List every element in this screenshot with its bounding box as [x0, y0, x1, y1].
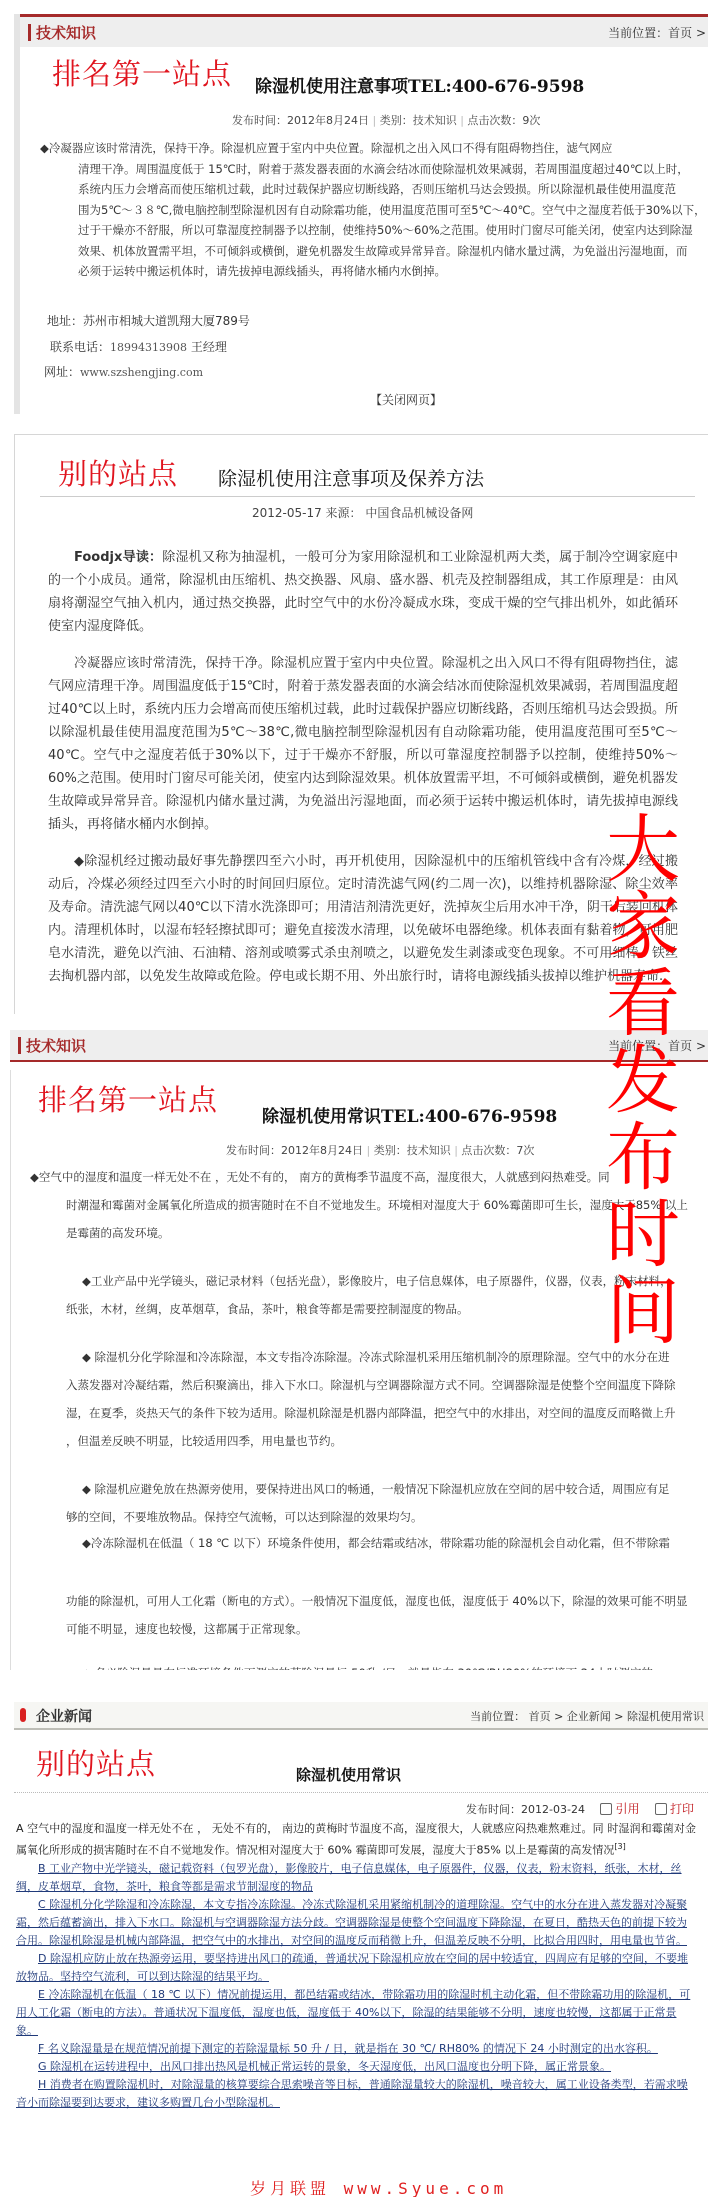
cite-icon — [600, 1803, 612, 1815]
section-header: 技术知识 当前位置：首页 > — [20, 17, 708, 47]
body-line: 是霉菌的高发环境。 — [30, 1222, 170, 1244]
paragraph-link[interactable]: D 除湿机应防止放在热源旁运用，要坚持进出风口的疏通，普通状况下除湿机应放在空间… — [16, 1950, 696, 1986]
address: 苏州市相城大道凯翔大厦789号 — [83, 314, 250, 328]
body-line: 过于干燥亦不舒服，所以可靠湿度控制器予以控制，使维持50%～60%之范围。使用时… — [40, 220, 708, 241]
annotation-char: 布 — [598, 1120, 688, 1197]
title-divider — [14, 1792, 708, 1793]
article-meta: 2012-05-17 来源： 中国食品机械设备网 — [252, 504, 473, 521]
phone-row: 联系电话：18994313908 王经理 — [50, 338, 227, 355]
article-panel-1: 技术知识 当前位置：首页 > 排名第一站点 除湿机使用注意事项TEL:400-6… — [0, 0, 708, 415]
annotation-char: 间 — [598, 1274, 688, 1351]
publish-date: 发布时间：2012年8月24日 — [232, 114, 369, 127]
body-line: 清理干净。周围温度低于 15℃时，附着于蒸发器表面的水滴会结冰而使除湿机效果减弱… — [40, 159, 708, 180]
section-marker-icon — [20, 1708, 26, 1722]
section-title: 技术知识 — [26, 1035, 86, 1056]
paragraph-link[interactable]: B 工业产物中光学镜头，磁记载资料（包罗光盘），影像胶片，电子信息媒体，电子原器… — [16, 1860, 696, 1896]
print-button[interactable]: 打印 — [655, 1802, 694, 1816]
title-divider — [40, 496, 695, 497]
body-line: 围为5℃～３８℃,微电脑控制型除湿机因有自动除霜功能，使用温度范围可至5℃～40… — [40, 200, 708, 221]
print-icon — [655, 1803, 667, 1815]
article-title: 除湿机使用注意事项及保养方法 — [218, 464, 484, 491]
article-panel-4: 企业新闻 当前位置： 首页 > 企业新闻 > 除湿机使用常识 别的站点 除湿机使… — [0, 1690, 708, 2197]
paragraph-link[interactable]: H 消费者在购置除湿机时，对除湿量的核算要综合思索噪音等目标，普通除湿量较大的除… — [16, 2076, 696, 2112]
body-line: 效果、机体放置需平坦，不可倾斜或横倒，避免机器发生故障或异常异音。除湿机内储水量… — [40, 241, 708, 262]
body-line: 够的空间，不要堆放物品。保持空气流畅，可以达到除湿的效果均匀。 — [30, 1506, 423, 1528]
intro-lead: Foodjx导读： — [74, 550, 162, 565]
cite-button[interactable]: 引用 — [600, 1802, 639, 1816]
body-line: ◆ 除湿机分化学除湿和冷冻除湿，本文专指冷冻除湿。冷冻式除湿机采用压缩机制冷的原… — [30, 1346, 670, 1368]
body-line: 必须于运转中搬运机体时，请先拔掉电源线插头，再将储水桶内水倒掉。 — [40, 261, 708, 282]
article-body: A 空气中的湿度和温度一样无处不在 ， 无处不有的， 南边的黄梅时节温度不高，湿… — [16, 1820, 696, 2112]
paragraph-a: A 空气中的湿度和温度一样无处不在 ， 无处不有的， 南边的黄梅时节温度不高，湿… — [16, 1820, 696, 1860]
stamp-label: 别的站点 — [36, 1742, 156, 1783]
reference-link[interactable]: [3] — [614, 1842, 625, 1851]
publish-date: 发布时间：2012年8月24日 — [226, 1144, 363, 1157]
article-title: 除湿机使用常识 — [296, 1764, 401, 1785]
section-marker-icon — [28, 24, 31, 41]
website-link[interactable]: www.szshengjing.com — [80, 366, 203, 379]
article-title: 除湿机使用注意事项TEL:400-676-9598 — [255, 72, 584, 97]
annotation-char: 大 — [598, 812, 688, 889]
intro-paragraph: Foodjx导读：除湿机又称为抽湿机，一般可分为家用除湿机和工业除湿机两大类，属… — [48, 546, 678, 638]
body-line: ◆ 除湿机应避免放在热源旁使用，要保持进出风口的畅通，一般情况下除湿机应放在空间… — [30, 1478, 670, 1500]
article-meta: 发布时间：2012年8月24日 | 类别：技术知识 | 点击次数：9次 — [232, 112, 540, 128]
paragraph-link[interactable]: G 除湿机在运转进程中，出风口排出热风是机械正常运转的景象，冬天湿度低，出风口温… — [16, 2058, 696, 2076]
body-line: 入蒸发器对冷凝结霜，然后积聚滴出，排入下水口。除湿机与空调器除湿方式不同。空调器… — [30, 1374, 676, 1396]
stamp-label: 别的站点 — [58, 452, 178, 493]
category[interactable]: 类别：技术知识 — [380, 114, 457, 127]
section-title: 技术知识 — [36, 22, 96, 43]
category[interactable]: 类别：技术知识 — [374, 1144, 451, 1157]
annotation-char: 发 — [598, 1043, 688, 1120]
body-paragraph: ◆除湿机经过搬动最好事先静摆四至六小时，再开机使用，因除湿机中的压缩机管线中含有… — [48, 850, 678, 988]
annotation-char: 看 — [598, 966, 688, 1043]
body-line: 功能的除湿机，可用人工化霜（断电的方式）。一般情况下温度低，湿度也低，湿度低于 … — [30, 1590, 687, 1612]
annotation-char: 时 — [598, 1197, 688, 1274]
breadcrumb[interactable]: 当前位置：首页 > — [608, 24, 706, 41]
body-paragraph: 冷凝器应该时常清洗，保持干净。除湿机应置于室内中央位置。除湿机之出入风口不得有阻… — [48, 652, 678, 836]
section-title: 企业新闻 — [36, 1706, 92, 1726]
vertical-annotation: 大 家 看 发 布 时 间 — [598, 812, 688, 1351]
body-line: ◆冷凝器应该时常清洗，保持干净。除湿机应置于室内中央位置。除湿机之出入风口不得有… — [40, 138, 708, 159]
body-line: 时潮湿和霉菌对金属氧化所造成的损害随时在不自不觉地发生。环境相对湿度大于 60%… — [30, 1194, 688, 1216]
click-count: 点击次数：9次 — [467, 114, 540, 127]
paragraph-link[interactable]: C 除湿机分化学除湿和冷冻除湿，本文专指冷冻除湿。冷冻式除湿机采用紧缩机制冷的道… — [16, 1896, 696, 1950]
left-border — [10, 1070, 11, 1670]
body-line: 系统内压力会增高而使压缩机过载，此时过载保护器应切断线路，否则压缩机马达会毁损。… — [40, 179, 708, 200]
body-line: ◆冷冻除湿机在低温（ 18 ℃ 以下）环境条件使用，都会结霜或结冰，带除霜功能的… — [30, 1532, 670, 1554]
annotation-char: 家 — [598, 889, 688, 966]
address-row: 地址：苏州市相城大道凯翔大厦789号 — [47, 312, 250, 329]
article-meta: 发布时间：2012-03-24 引用 打印 — [466, 1800, 694, 1817]
body-line: 可能不明显，速度也较慢，这都属于正常现象。 — [30, 1618, 308, 1640]
close-page-link[interactable]: 【关闭网页】 — [370, 391, 442, 408]
body-line: 纸张，木材，丝绸，皮革烟草，食品，茶叶，粮食等都是需要控制湿度的物品。 — [30, 1298, 469, 1320]
body-line: 湿，在夏季，炎热天气的条件下较为适用。除湿机除湿是机器内部降温，把空气中的水排出… — [30, 1402, 676, 1424]
paragraph-link[interactable]: F 名义除湿量是在规范情况前提下测定的若除湿量标 50 升 / 日，就是指在 3… — [16, 2040, 696, 2058]
watermark: 岁月联盟 www.Syue.com — [250, 2176, 507, 2197]
article-meta: 发布时间：2012年8月24日 | 类别：技术知识 | 点击次数：7次 — [226, 1142, 534, 1158]
phone: 18994313908 — [110, 341, 187, 354]
left-border — [14, 14, 20, 414]
body-line: ◆ 名义除湿量是在标准环境条件下测定的若除湿量标 50升 /日，就是指在 30℃… — [30, 1662, 653, 1670]
contact-person: 王经理 — [191, 340, 227, 354]
publish-date: 发布时间：2012-03-24 — [466, 1803, 585, 1816]
article-title: 除湿机使用常识TEL:400-676-9598 — [262, 1102, 557, 1127]
click-count: 点击次数：7次 — [461, 1144, 534, 1157]
body-line: ◆空气中的湿度和温度一样无处不在 ，无处不有的， 南方的黄梅季节温度不高，湿度很… — [30, 1166, 610, 1188]
body-line: ◆工业产品中光学镜头，磁记录材料（包括光盘），影像胶片，电子信息媒体，电子原器件… — [30, 1270, 672, 1292]
website-row: 网址：www.szshengjing.com — [44, 363, 203, 380]
body-line: ，但温差反映不明显，比较适用四季，用电量也节约。 — [30, 1430, 342, 1452]
stamp-label: 排名第一站点 — [38, 1078, 218, 1119]
paragraph-link[interactable]: E 冷冻除湿机在低温（ 18 ℃ 以下）情况前提运用，都邑结霜或结冰，带除霜功用… — [16, 1986, 696, 2040]
breadcrumb[interactable]: 当前位置： 首页 > 企业新闻 > 除湿机使用常识 — [470, 1708, 704, 1724]
section-marker-icon — [18, 1037, 21, 1054]
section-header: 企业新闻 当前位置： 首页 > 企业新闻 > 除湿机使用常识 — [14, 1702, 708, 1730]
article-body: ◆冷凝器应该时常清洗，保持干净。除湿机应置于室内中央位置。除湿机之出入风口不得有… — [40, 138, 708, 282]
stamp-label: 排名第一站点 — [52, 52, 232, 93]
